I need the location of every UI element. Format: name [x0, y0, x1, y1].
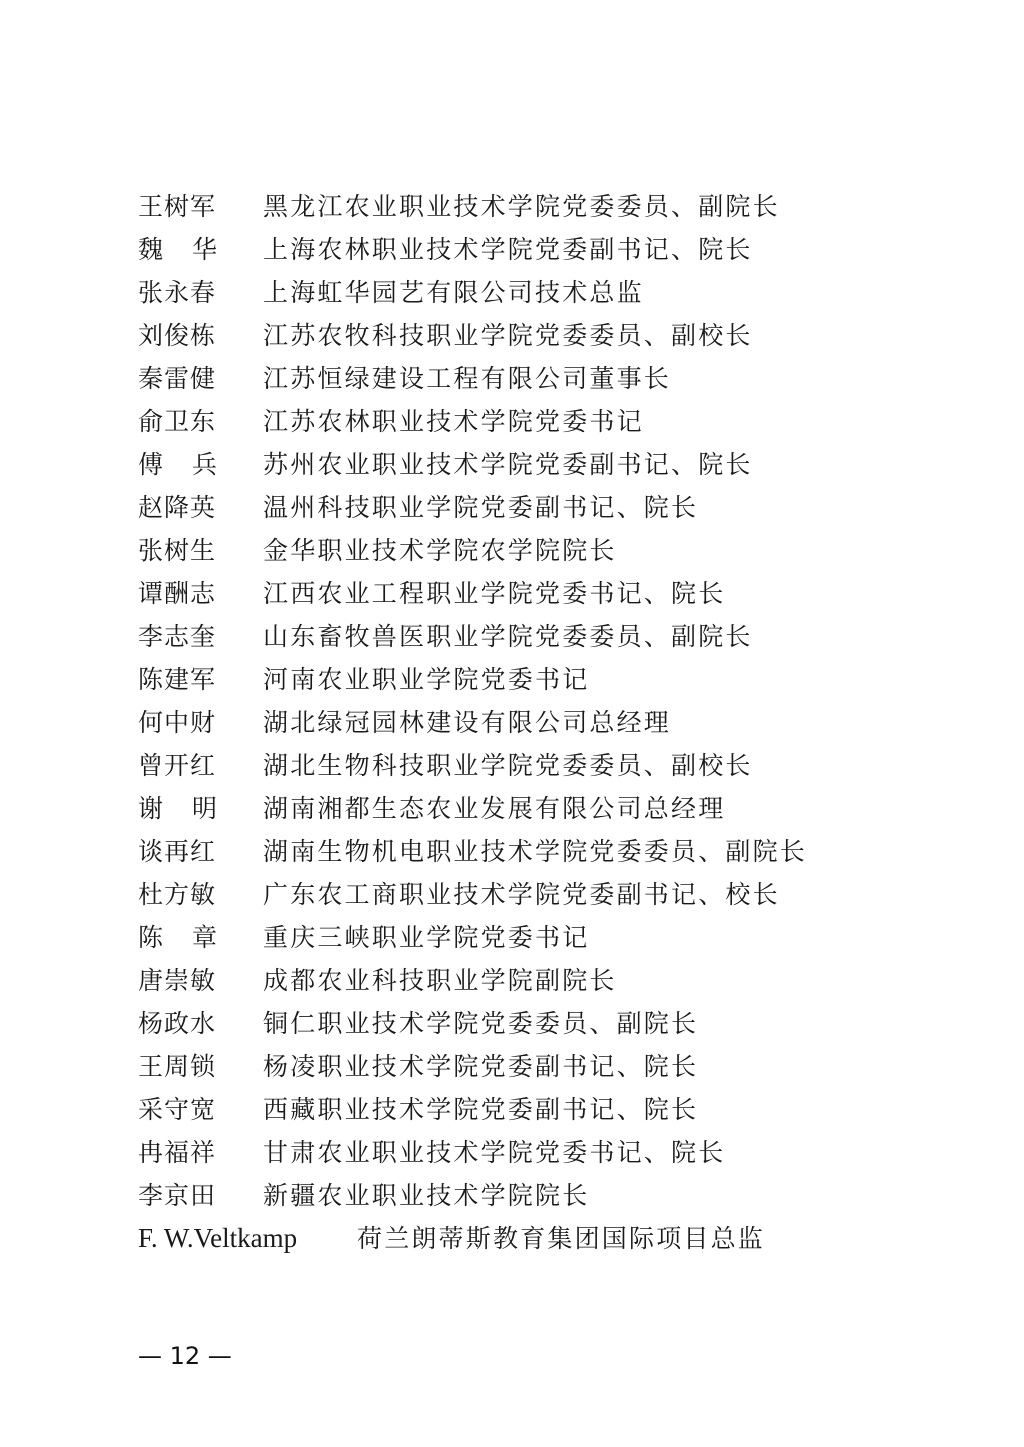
- member-name-char: 谢: [138, 787, 163, 830]
- member-title: 上海农林职业技术学院党委副书记、院长: [263, 228, 753, 271]
- roster-row: 杜方敏 广东农工商职业技术学院党委副书记、校长: [138, 873, 898, 916]
- member-name: 赵降英: [138, 486, 216, 529]
- roster-row: 陈建军 河南农业职业学院党委书记: [138, 658, 898, 701]
- roster-row: 刘俊栋 江苏农牧科技职业学院党委委员、副校长: [138, 314, 898, 357]
- roster-row: 李京田 新疆农业职业技术学院院长: [138, 1174, 898, 1217]
- member-title: 温州科技职业学院党委副书记、院长: [263, 486, 698, 529]
- roster-row: 李志奎 山东畜牧兽医职业学院党委委员、副院长: [138, 615, 898, 658]
- member-title: 苏州农业职业技术学院党委副书记、院长: [263, 443, 753, 486]
- roster-row: 张永春 上海虹华园艺有限公司技术总监: [138, 271, 898, 314]
- member-title: 铜仁职业技术学院党委委员、副院长: [263, 1002, 698, 1045]
- member-name: 王周锁: [138, 1045, 216, 1088]
- roster-row: 采守宽 西藏职业技术学院党委副书记、院长: [138, 1088, 898, 1131]
- member-title: 江西农业工程职业学院党委书记、院长: [263, 572, 725, 615]
- roster-row: 何中财 湖北绿冠园林建设有限公司总经理: [138, 701, 898, 744]
- member-name-char: 傅: [138, 443, 163, 486]
- roster-row: 魏 华 上海农林职业技术学院党委副书记、院长: [138, 228, 898, 271]
- member-name-char: 魏: [138, 228, 163, 271]
- member-title: 江苏农牧科技职业学院党委委员、副校长: [263, 314, 753, 357]
- member-name: 谈再红: [138, 830, 216, 873]
- roster-row: 杨政水 铜仁职业技术学院党委委员、副院长: [138, 1002, 898, 1045]
- member-name: 张永春: [138, 271, 216, 314]
- member-title: 江苏恒绿建设工程有限公司董事长: [263, 357, 671, 400]
- member-title: 山东畜牧兽医职业学院党委委员、副院长: [263, 615, 753, 658]
- member-name: 采守宽: [138, 1088, 216, 1131]
- member-title: 重庆三峡职业学院党委书记: [263, 916, 589, 959]
- member-title: 湖北生物科技职业学院党委委员、副校长: [263, 744, 753, 787]
- member-name-char: 陈: [138, 916, 163, 959]
- roster-row: 张树生 金华职业技术学院农学院院长: [138, 529, 898, 572]
- member-name-char: 兵: [192, 443, 217, 486]
- member-name: 王树军: [138, 185, 216, 228]
- member-title: 广东农工商职业技术学院党委副书记、校长: [263, 873, 780, 916]
- member-name: 张树生: [138, 529, 216, 572]
- roster-row: 谈再红 湖南生物机电职业技术学院党委委员、副院长: [138, 830, 898, 873]
- member-name: 唐崇敏: [138, 959, 216, 1002]
- member-title: 湖南生物机电职业技术学院党委委员、副院长: [263, 830, 807, 873]
- member-title: 杨凌职业技术学院党委副书记、院长: [263, 1045, 698, 1088]
- member-roster: 王树军 黑龙江农业职业技术学院党委委员、副院长 魏 华 上海农林职业技术学院党委…: [138, 185, 898, 1260]
- member-title: 湖南湘都生态农业发展有限公司总经理: [263, 787, 725, 830]
- member-title: 甘肃农业职业技术学院党委书记、院长: [263, 1131, 725, 1174]
- page-number: — 12 —: [138, 1342, 232, 1370]
- member-title: 金华职业技术学院农学院院长: [263, 529, 617, 572]
- roster-row: 谭酬志 江西农业工程职业学院党委书记、院长: [138, 572, 898, 615]
- member-name: 杜方敏: [138, 873, 216, 916]
- roster-row: 赵降英 温州科技职业学院党委副书记、院长: [138, 486, 898, 529]
- roster-row-foreign: F. W.Veltkamp 荷兰朗蒂斯教育集团国际项目总监: [138, 1217, 898, 1260]
- member-name: 曾开红: [138, 744, 216, 787]
- document-page: 王树军 黑龙江农业职业技术学院党委委员、副院长 魏 华 上海农林职业技术学院党委…: [0, 0, 1024, 1447]
- roster-row: 唐崇敏 成都农业科技职业学院副院长: [138, 959, 898, 1002]
- member-name: 谭酬志: [138, 572, 216, 615]
- member-name: 陈建军: [138, 658, 216, 701]
- roster-row: 曾开红 湖北生物科技职业学院党委委员、副校长: [138, 744, 898, 787]
- member-name-char: 华: [192, 228, 217, 271]
- member-name-char: 章: [192, 916, 217, 959]
- member-name: 秦雷健: [138, 357, 216, 400]
- member-name: 杨政水: [138, 1002, 216, 1045]
- member-title: 新疆农业职业技术学院院长: [263, 1174, 589, 1217]
- roster-row: 谢 明 湖南湘都生态农业发展有限公司总经理: [138, 787, 898, 830]
- member-name: 何中财: [138, 701, 216, 744]
- member-title: 成都农业科技职业学院副院长: [263, 959, 617, 1002]
- member-title: 上海虹华园艺有限公司技术总监: [263, 271, 644, 314]
- member-title: 江苏农林职业技术学院党委书记: [263, 400, 644, 443]
- member-name: 李京田: [138, 1174, 216, 1217]
- roster-row: 王树军 黑龙江农业职业技术学院党委委员、副院长: [138, 185, 898, 228]
- roster-row: 傅 兵 苏州农业职业技术学院党委副书记、院长: [138, 443, 898, 486]
- member-name: F. W.Veltkamp: [138, 1217, 297, 1260]
- member-name-char: 明: [192, 787, 217, 830]
- member-title: 荷兰朗蒂斯教育集团国际项目总监: [357, 1217, 765, 1260]
- roster-row: 陈 章 重庆三峡职业学院党委书记: [138, 916, 898, 959]
- roster-row: 王周锁 杨凌职业技术学院党委副书记、院长: [138, 1045, 898, 1088]
- member-name: 冉福祥: [138, 1131, 216, 1174]
- member-name: 李志奎: [138, 615, 216, 658]
- member-name: 刘俊栋: [138, 314, 216, 357]
- roster-row: 冉福祥 甘肃农业职业技术学院党委书记、院长: [138, 1131, 898, 1174]
- member-name: 俞卫东: [138, 400, 216, 443]
- member-title: 黑龙江农业职业技术学院党委委员、副院长: [263, 185, 780, 228]
- member-title: 西藏职业技术学院党委副书记、院长: [263, 1088, 698, 1131]
- roster-row: 秦雷健 江苏恒绿建设工程有限公司董事长: [138, 357, 898, 400]
- member-title: 湖北绿冠园林建设有限公司总经理: [263, 701, 671, 744]
- member-title: 河南农业职业学院党委书记: [263, 658, 589, 701]
- roster-row: 俞卫东 江苏农林职业技术学院党委书记: [138, 400, 898, 443]
